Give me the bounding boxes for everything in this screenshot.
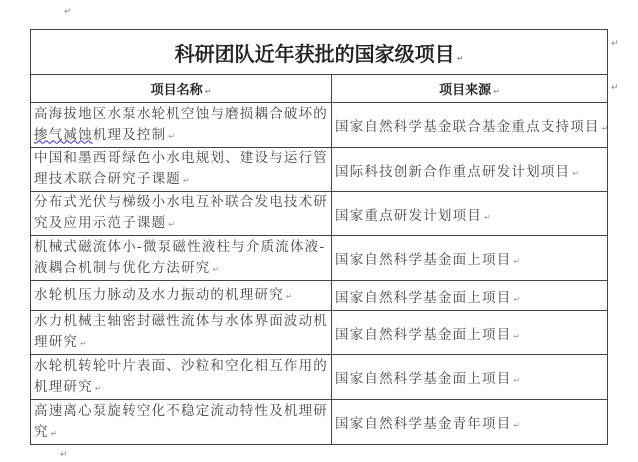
project-source: 国家自然科学基金联合基金重点支持项目↵ <box>332 103 608 148</box>
spellcheck-underline: 掺气减蚀 <box>34 127 93 143</box>
header-project-name: 项目名称↵ <box>31 75 332 103</box>
table-row: 水力机械主轴密封磁性流体与水体界面波动机理研究↵ 国家自然科学基金面上项目↵ <box>31 311 608 355</box>
table-row: 水轮机压力脉动及水力振动的机理研究↵ 国家自然科学基金面上项目↵ <box>31 281 608 311</box>
title-text: 科研团队近年获批的国家级项目 <box>175 42 455 66</box>
project-source: 国家自然科学基金面上项目↵ <box>332 236 608 281</box>
project-name: 高速离心泵旋转空化不稳定流动特性及机理研究↵ <box>31 400 332 445</box>
project-source: 国家自然科学基金面上项目↵ <box>332 281 608 311</box>
project-source: 国家自然科学基金面上项目↵ <box>332 355 608 400</box>
project-name: 水轮机转轮叶片表面、沙粒和空化相互作用的机理研究↵ <box>31 355 332 400</box>
project-name: 分布式光伏与梯级小水电互补联合发电技术研究及应用示范子课题↵ <box>31 192 332 236</box>
project-name: 水轮机压力脉动及水力振动的机理研究↵ <box>31 281 332 311</box>
table-title: 科研团队近年获批的国家级项目↵ <box>31 30 608 75</box>
table-row: 中国和墨西哥绿色小水电规划、建设与运行管理技术联合研究子课题↵ 国际科技创新合作… <box>31 148 608 192</box>
table-row: 机械式磁流体小-微泵磁性液柱与介质流体液-液耦合机制与优化方法研究↵ 国家自然科… <box>31 236 608 281</box>
paragraph-mark-bottom: ↵ <box>60 451 68 460</box>
project-name: 中国和墨西哥绿色小水电规划、建设与运行管理技术联合研究子课题↵ <box>31 148 332 192</box>
project-name: 水力机械主轴密封磁性流体与水体界面波动机理研究↵ <box>31 311 332 355</box>
project-name: 高海拔地区水泵水轮机空蚀与磨损耦合破坏的掺气减蚀机理及控制↵ <box>31 103 332 148</box>
table-row: 高速离心泵旋转空化不稳定流动特性及机理研究↵ 国家自然科学基金青年项目↵ <box>31 400 608 445</box>
paragraph-mark-top: ↵ <box>64 8 72 17</box>
row-end-mark: ↵ <box>611 84 619 93</box>
project-name: 机械式磁流体小-微泵磁性液柱与介质流体液-液耦合机制与优化方法研究↵ <box>31 236 332 281</box>
paragraph-mark: ↵ <box>457 54 464 63</box>
projects-table: 科研团队近年获批的国家级项目↵ 项目名称↵ 项目来源↵ 高海拔地区水泵水轮机空蚀… <box>30 29 608 445</box>
table-row: 分布式光伏与梯级小水电互补联合发电技术研究及应用示范子课题↵ 国家重点研发计划项… <box>31 192 608 236</box>
table-row: 高海拔地区水泵水轮机空蚀与磨损耦合破坏的掺气减蚀机理及控制↵ 国家自然科学基金联… <box>31 103 608 148</box>
project-source: 国际科技创新合作重点研发计划项目↵ <box>332 148 608 192</box>
table-row: 水轮机转轮叶片表面、沙粒和空化相互作用的机理研究↵ 国家自然科学基金面上项目↵ <box>31 355 608 400</box>
header-project-source: 项目来源↵ <box>332 75 608 103</box>
project-source: 国家重点研发计划项目↵ <box>332 192 608 236</box>
row-end-mark: ↵ <box>611 40 619 49</box>
project-source: 国家自然科学基金面上项目↵ <box>332 311 608 355</box>
project-source: 国家自然科学基金青年项目↵ <box>332 400 608 445</box>
